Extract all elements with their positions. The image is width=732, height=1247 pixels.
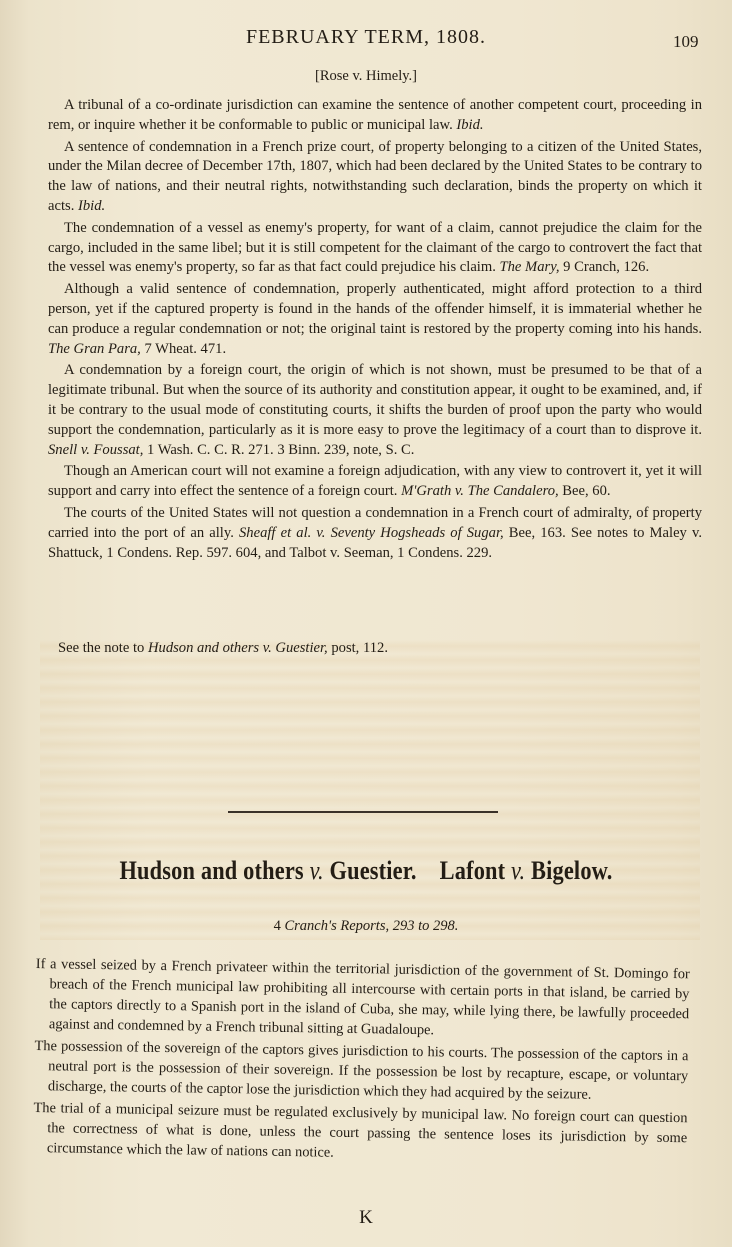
syllabus-paragraph: If a vessel seized by a French privateer… <box>35 954 690 1044</box>
syllabus-block: If a vessel seized by a French privateer… <box>33 954 690 1170</box>
syllabus-paragraph: The trial of a municipal seizure must be… <box>33 1098 688 1168</box>
headnotes-block: A tribunal of a co-ordinate jurisdiction… <box>48 96 702 565</box>
headnote-paragraph: The condemnation of a vessel as enemy's … <box>48 219 702 278</box>
section-divider <box>228 811 498 813</box>
case-tag: [Rose v. Himely.] <box>0 68 732 85</box>
headnote-paragraph: Though an American court will not examin… <box>48 462 702 502</box>
cross-reference-note: See the note to Hudson and others v. Gue… <box>58 640 388 657</box>
headnote-paragraph: A tribunal of a co-ordinate jurisdiction… <box>48 96 702 136</box>
signature-mark: K <box>0 1207 732 1229</box>
reports-citation: 4 Cranch's Reports, 293 to 298. <box>0 918 732 935</box>
headnote-paragraph: Although a valid sentence of condemnatio… <box>48 280 702 359</box>
running-head: FEBRUARY TERM, 1808. <box>0 26 732 49</box>
book-page: FEBRUARY TERM, 1808. 109 [Rose v. Himely… <box>0 0 732 1247</box>
case-title: Hudson and others v. Guestier. Lafont v.… <box>51 856 681 886</box>
headnote-paragraph: The courts of the United States will not… <box>48 504 702 563</box>
show-through-text <box>40 640 700 940</box>
page-number: 109 <box>673 32 699 52</box>
headnote-paragraph: A sentence of condemnation in a French p… <box>48 138 702 217</box>
headnote-paragraph: A condemnation by a foreign court, the o… <box>48 361 702 460</box>
syllabus-paragraph: The possession of the sovereign of the c… <box>34 1036 689 1106</box>
